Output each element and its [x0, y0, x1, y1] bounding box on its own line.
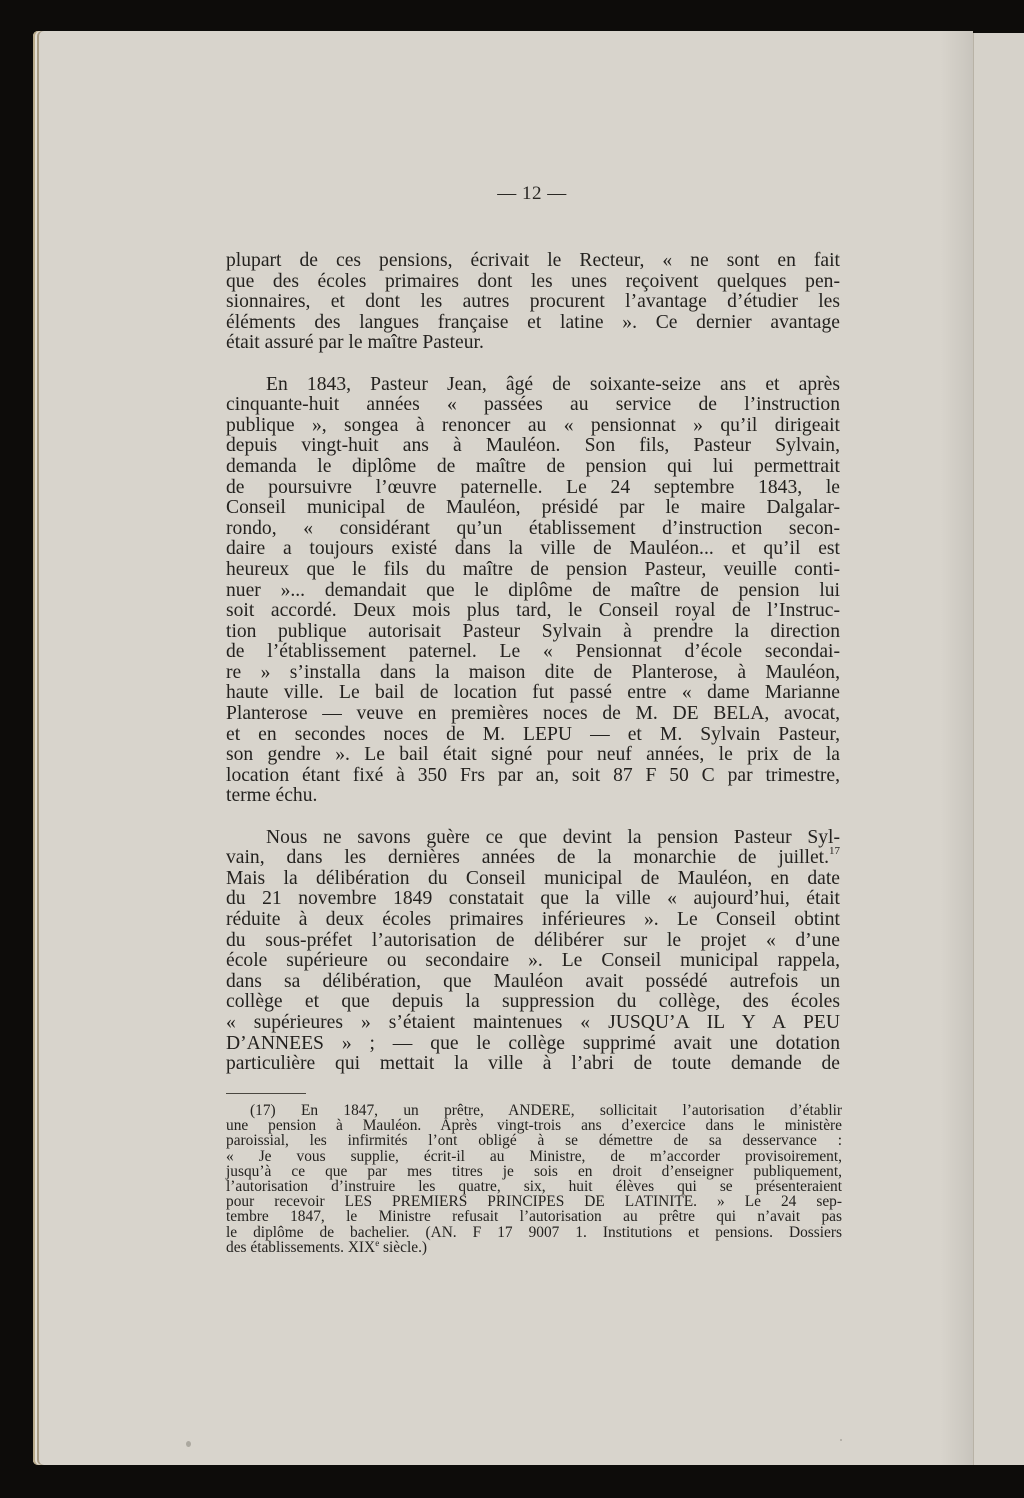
text-line: que des écoles primaires dont les unes r…	[226, 272, 840, 293]
text-line: école supérieure ou secondaire ». Le Con…	[226, 951, 840, 972]
text-line: En 1843, Pasteur Jean, âgé de soixante-s…	[226, 375, 840, 396]
footnote-line: jusqu’à ce que par mes titres je sois en…	[226, 1164, 842, 1179]
footnote-line-content: des établissements. XIX	[226, 1239, 375, 1256]
page-number: — 12 —	[0, 183, 1024, 205]
text-line: « supérieures » s’étaient maintenues « J…	[226, 1013, 840, 1034]
text-line: daire a toujours existé dans la ville de…	[226, 539, 840, 560]
body-text: plupart de ces pensions, écrivait le Rec…	[226, 251, 840, 1095]
text-line: cinquante-huit années « passées au servi…	[226, 395, 840, 416]
paper-speck	[186, 1441, 191, 1447]
text-line: réduite à deux écoles primaires inférieu…	[226, 910, 840, 931]
text-line: Planterose — veuve en premières noces de…	[226, 704, 840, 725]
paragraph-1: plupart de ces pensions, écrivait le Rec…	[226, 251, 840, 354]
text-line: rondo, « considérant qu’un établissement…	[226, 519, 840, 540]
footnote-line: paroissial, les infirmités l’ont obligé …	[226, 1133, 842, 1148]
footnote-separator	[226, 1093, 306, 1094]
text-line: son gendre ». Le bail était signé pour n…	[226, 745, 840, 766]
paragraph-3: Nous ne savons guère ce que devint la pe…	[226, 828, 840, 1075]
text-line: tion publique autorisait Pasteur Sylvain…	[226, 622, 840, 643]
text-line: demanda le diplôme de maître de pension …	[226, 457, 840, 478]
footnote-line: l’autorisation d’instruire les quatre, s…	[226, 1179, 842, 1194]
text-line: était assuré par le maître Pasteur.	[226, 333, 840, 354]
text-line: heureux que le fils du maître de pension…	[226, 560, 840, 581]
text-line: sionnaires, et dont les autres procurent…	[226, 292, 840, 313]
text-line: de poursuivre l’œuvre paternelle. Le 24 …	[226, 478, 840, 499]
text-line: de l’établissement paternel. Le « Pensio…	[226, 642, 840, 663]
text-line: dans sa délibération, que Mauléon avait …	[226, 972, 840, 993]
text-line-content: vain, dans les dernières années de la mo…	[226, 847, 829, 868]
text-line: du sous-préfet l’autorisation de délibér…	[226, 931, 840, 952]
text-line: particulière qui mettait la ville à l’ab…	[226, 1054, 840, 1075]
text-line: depuis vingt-huit ans à Mauléon. Son fil…	[226, 436, 840, 457]
footnote-line: pour recevoir LES PREMIERS PRINCIPES DE …	[226, 1194, 842, 1209]
text-line: plupart de ces pensions, écrivait le Rec…	[226, 251, 840, 272]
text-line: haute ville. Le bail de location fut pas…	[226, 683, 840, 704]
text-line: collège et que depuis la suppression du …	[226, 992, 840, 1013]
text-line: du 21 novembre 1849 constatait que la vi…	[226, 889, 840, 910]
text-line: publique », songea à renoncer au « pensi…	[226, 416, 840, 437]
text-line: terme échu.	[226, 786, 840, 807]
footnote-line: « Je vous supplie, écrit-il au Ministre,…	[226, 1149, 842, 1164]
text-line: location étant fixé à 350 Frs par an, so…	[226, 766, 840, 787]
footnote-last-line: des établissements. XIXe siècle.)	[226, 1240, 842, 1255]
text-line: re » s’installa dans la maison dite de P…	[226, 663, 840, 684]
text-line: D’ANNEES » ; — que le collège supprimé a…	[226, 1034, 840, 1055]
paragraph-2: En 1843, Pasteur Jean, âgé de soixante-s…	[226, 375, 840, 807]
text-line: nuer »... demandait que le diplôme de ma…	[226, 581, 840, 602]
footnote-line: une pension à Mauléon. Après vingt-trois…	[226, 1118, 842, 1133]
text-line: Conseil municipal de Mauléon, présidé pa…	[226, 498, 840, 519]
text-line: éléments des langues française et latine…	[226, 313, 840, 334]
superscript-e: e	[375, 1238, 379, 1248]
paper-speck	[840, 1439, 842, 1441]
footnote-ref-17[interactable]: 17	[829, 845, 840, 857]
text-line: Mais la délibération du Conseil municipa…	[226, 869, 840, 890]
footnote-line: (17) En 1847, un prêtre, ANDERE, sollici…	[226, 1103, 842, 1118]
text-line-with-footnote-ref: vain, dans les dernières années de la mo…	[226, 848, 840, 869]
text-line: soit accordé. Deux mois plus tard, le Co…	[226, 601, 840, 622]
footnote-line: tembre 1847, le Ministre refusait l’auto…	[226, 1209, 842, 1224]
facing-page-edge	[973, 33, 1024, 1465]
footnote-line-tail: siècle.)	[379, 1239, 427, 1256]
footnote-line: le diplôme de bachelier. (AN. F 17 9007 …	[226, 1225, 842, 1240]
text-line: et en secondes noces de M. LEPU — et M. …	[226, 725, 840, 746]
footnote-17: (17) En 1847, un prêtre, ANDERE, sollici…	[226, 1103, 842, 1255]
text-line: Nous ne savons guère ce que devint la pe…	[226, 828, 840, 849]
